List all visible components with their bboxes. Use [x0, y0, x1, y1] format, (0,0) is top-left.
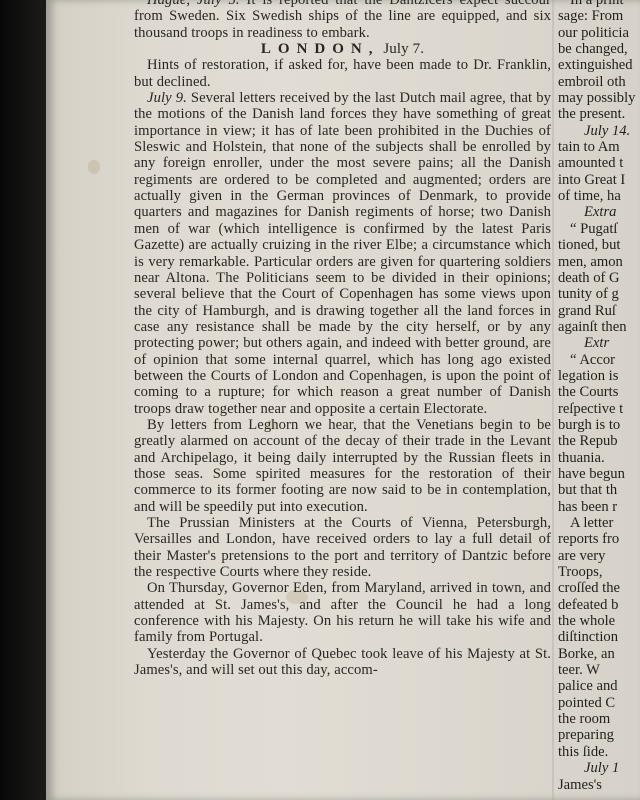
- right-column-line: death of G: [558, 270, 640, 286]
- main-article-column: Hague, July 5. It is reported that the D…: [134, 0, 551, 678]
- article-paragraph: Hints of restoration, if asked for, have…: [134, 57, 551, 90]
- paragraph-text: The Prussian Ministers at the Courts of …: [134, 515, 551, 580]
- right-column-line: be changed,: [558, 41, 640, 57]
- right-column-line: extinguished: [558, 57, 640, 73]
- right-column-line: but that th: [558, 482, 640, 498]
- paragraph-text: Hints of restoration, if asked for, have…: [134, 57, 551, 89]
- right-column-line: croſſed the: [558, 580, 640, 596]
- right-column-line: burgh is to: [558, 417, 640, 433]
- right-column-line: reports fro: [558, 531, 640, 547]
- right-column-line: “ Pugatſ: [558, 221, 640, 237]
- right-column-line: palice and: [558, 678, 640, 694]
- right-column-line: of time, ha: [558, 188, 640, 204]
- right-column-line: tioned, but: [558, 237, 640, 253]
- right-column-line: reſpective t: [558, 401, 640, 417]
- right-column-line: In a print: [558, 0, 640, 8]
- right-column-line: defeated b: [558, 597, 640, 613]
- opening-dateline: Hague, July 5.: [147, 0, 240, 8]
- right-column-line: sage: From: [558, 8, 640, 24]
- right-column-line: are very: [558, 548, 640, 564]
- right-column-line: July 1: [558, 760, 640, 776]
- article-paragraph: By letters from Leghorn we hear, that th…: [134, 417, 551, 515]
- section-heading-city: LONDON,: [261, 41, 380, 57]
- paragraph-text: Yesterday the Governor of Quebec took le…: [134, 646, 551, 678]
- right-column-line: into Great I: [558, 172, 640, 188]
- paper-stain: [88, 160, 100, 174]
- right-column-line: this ſide.: [558, 744, 640, 760]
- article-paragraph: On Thursday, Governor Eden, from Marylan…: [134, 580, 551, 645]
- right-column-line: Extra: [558, 204, 640, 220]
- section-heading-date: July 7.: [383, 41, 424, 57]
- right-column-line: embroil oth: [558, 74, 640, 90]
- right-column-line: “ Accor: [558, 352, 640, 368]
- right-column-line: the Courts: [558, 384, 640, 400]
- article-paragraph: The Prussian Ministers at the Courts of …: [134, 515, 551, 580]
- section-heading: LONDON, July 7.: [134, 41, 551, 57]
- article-paragraph: July 9. Several letters received by the …: [134, 90, 551, 417]
- right-column-line: Borke, an: [558, 646, 640, 662]
- right-column-line: tain to Am: [558, 139, 640, 155]
- paragraph-dateline: July 9.: [147, 90, 187, 106]
- opening-paragraph: Hague, July 5. It is reported that the D…: [134, 0, 551, 41]
- right-column-line: diſtinction: [558, 629, 640, 645]
- right-column-line: our politicia: [558, 25, 640, 41]
- right-column-line: the whole: [558, 613, 640, 629]
- right-column-line: may possibly: [558, 90, 640, 106]
- right-column-line: the Repub: [558, 433, 640, 449]
- right-column-line: thuania.: [558, 450, 640, 466]
- right-column-line: the room: [558, 711, 640, 727]
- right-column-fragments: In a printsage: Fromour politiciabe chan…: [558, 0, 640, 793]
- paragraph-text: Several letters received by the last Dut…: [134, 90, 551, 417]
- right-column-line: has been r: [558, 499, 640, 515]
- column-gutter: [552, 0, 554, 800]
- book-binding-edge: [0, 0, 46, 800]
- right-column-line: legation is: [558, 368, 640, 384]
- right-column-line: Troops,: [558, 564, 640, 580]
- right-column-line: A letter: [558, 515, 640, 531]
- right-column-line: Extr: [558, 335, 640, 351]
- right-column-line: tunity of g: [558, 286, 640, 302]
- right-column-line: amounted t: [558, 155, 640, 171]
- right-column-line: teer. W: [558, 662, 640, 678]
- right-column-line: preparing: [558, 727, 640, 743]
- right-column-line: againſt then: [558, 319, 640, 335]
- right-column-line: grand Ruſ: [558, 303, 640, 319]
- paragraph-text: On Thursday, Governor Eden, from Marylan…: [134, 580, 551, 645]
- right-column-line: the present.: [558, 106, 640, 122]
- right-column-line: have begun: [558, 466, 640, 482]
- right-column-line: James's: [558, 777, 640, 793]
- right-column-line: July 14.: [558, 123, 640, 139]
- right-column-line: pointed C: [558, 695, 640, 711]
- right-column-line: men, amon: [558, 254, 640, 270]
- paragraph-text: By letters from Leghorn we hear, that th…: [134, 417, 551, 515]
- article-paragraph: Yesterday the Governor of Quebec took le…: [134, 646, 551, 679]
